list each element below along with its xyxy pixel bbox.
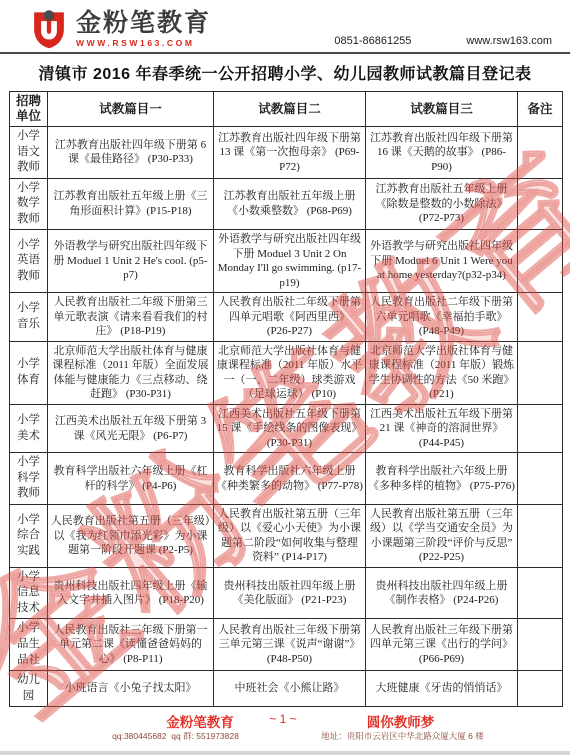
qq-group-number: qq 群: 551973828 — [171, 731, 239, 741]
table-row: 幼儿园 小班语言《小兔子找太阳》 中班社会《小熊让路》 大班健康《牙齿的悄悄话》 — [10, 671, 563, 707]
brand-text-block: 金粉笔教育 WWW.RSW163.COM — [76, 10, 211, 47]
column-header-topic1: 试教篇目一 — [48, 92, 214, 127]
note-cell — [518, 127, 563, 179]
table-row: 小学数学教师 江苏教育出版社五年级上册《三角形面积计算》(P15-P18) 江苏… — [10, 178, 563, 230]
unit-cell: 小学语文教师 — [10, 127, 48, 179]
topic1-cell: 江苏教育出版社四年级下册第 6 课《最佳路径》 (P30-P33) — [48, 127, 214, 179]
footer-brand: 金粉笔教育 — [140, 711, 260, 731]
topic1-cell: 人民教育出版社三年级下册第一单元第二课《读懂爸爸妈妈的心》 (P8-P11) — [48, 619, 214, 671]
note-cell — [518, 504, 563, 567]
topic3-cell: 教育科学出版社六年级上册《多种多样的植物》 (P75-P76) — [366, 453, 518, 505]
topic3-cell: 大班健康《牙齿的悄悄话》 — [366, 671, 518, 707]
topic1-cell: 北京师范大学出版社体育与健康课程标准（2011 年版）全面发展体能与健康能力《三… — [48, 341, 214, 404]
topic1-cell: 教育科学出版社六年级上册《杠杆的科学》 (P4-P6) — [48, 453, 214, 505]
unit-cell: 小学信息技术 — [10, 567, 48, 619]
unit-cell: 小学科学教师 — [10, 453, 48, 505]
page-footer: 金粉笔教育 ~ 1 ~ 圆你教师梦 qq:380445682 qq 群: 551… — [0, 709, 570, 749]
page-number: ~ 1 ~ — [252, 712, 314, 726]
topic3-cell: 贵州科技出版社四年级上册《制作表格》 (P24-P26) — [366, 567, 518, 619]
topic3-cell: 北京师范大学出版社体育与健康课程标准（2011 年版）锻炼学生协调性的方法《50… — [366, 341, 518, 404]
topic2-cell: 北京师范大学出版社体育与健康课程标准（2011 年版）水平一（一、二年级）球类游… — [214, 341, 366, 404]
table-row: 小学品生品社 人民教育出版社三年级下册第一单元第二课《读懂爸爸妈妈的心》 (P8… — [10, 619, 563, 671]
topic3-cell: 江苏教育出版社四年级下册第 16 课《天鹅的故事》 (P86-P90) — [366, 127, 518, 179]
footer-qq-info: qq:380445682 qq 群: 551973828 — [88, 730, 263, 742]
topic1-cell: 小班语言《小兔子找太阳》 — [48, 671, 214, 707]
unit-cell: 小学英语教师 — [10, 230, 48, 293]
page-title: 清镇市 2016 年春季统一公开招聘小学、幼儿园教师试教篇目登记表 — [0, 61, 570, 84]
topic2-cell: 江西美术出版社五年级下册第 15 课《手绘线条的图像表现》 (P30-P31) — [214, 404, 366, 453]
topic3-cell: 江西美术出版社五年级下册第 21 课《神奇的溶洞世界》 (P44-P45) — [366, 404, 518, 453]
topic3-cell: 人民教育出版社第五册（三年级）以《学当交通安全员》为小课题第三阶段“评价与反思”… — [366, 504, 518, 567]
topic1-cell: 江苏教育出版社五年级上册《三角形面积计算》(P15-P18) — [48, 178, 214, 230]
topic1-cell: 江西美术出版社五年级下册第 3 课《风光无限》 (P6-P7) — [48, 404, 214, 453]
topic2-cell: 江苏教育出版社五年级上册《小数乘整数》 (P68-P69) — [214, 178, 366, 230]
table-row: 小学语文教师 江苏教育出版社四年级下册第 6 课《最佳路径》 (P30-P33)… — [10, 127, 563, 179]
header-divider — [0, 52, 570, 54]
table-row: 小学美术 江西美术出版社五年级下册第 3 课《风光无限》 (P6-P7) 江西美… — [10, 404, 563, 453]
note-cell — [518, 567, 563, 619]
topic3-cell: 外语教学与研究出版社四年级下册 Moduel 6 Unit 1 Were you… — [366, 230, 518, 293]
footer-address: 地址：贵阳市云岩区中华北路众厦大厦 6 楼 — [310, 730, 495, 742]
topic2-cell: 外语教学与研究出版社四年级下册 Moduel 3 Unit 2 On Monda… — [214, 230, 366, 293]
column-header-topic3: 试教篇目三 — [366, 92, 518, 127]
topic1-cell: 贵州科技出版社四年级上册《输入文字并插入图片》 (P18-P20) — [48, 567, 214, 619]
column-header-topic2: 试教篇目二 — [214, 92, 366, 127]
note-cell — [518, 404, 563, 453]
unit-cell: 幼儿园 — [10, 671, 48, 707]
scan-edge-strip — [0, 751, 570, 755]
page-header: 金粉笔教育 WWW.RSW163.COM 0851-86861255 www.r… — [0, 0, 570, 50]
note-cell — [518, 671, 563, 707]
note-cell — [518, 453, 563, 505]
note-cell — [518, 293, 563, 342]
note-cell — [518, 178, 563, 230]
topic3-cell: 人民教育出版社二年级下册第六单元唱歌《幸福拍手歌》 (P48-P49) — [366, 293, 518, 342]
topic2-cell: 人民教育出版社三年级下册第三单元第三课《说声“谢谢”》 (P48-P50) — [214, 619, 366, 671]
topic2-cell: 中班社会《小熊让路》 — [214, 671, 366, 707]
unit-cell: 小学音乐 — [10, 293, 48, 342]
table-row: 小学体育 北京师范大学出版社体育与健康课程标准（2011 年版）全面发展体能与健… — [10, 341, 563, 404]
table-header-row: 招聘单位 试教篇目一 试教篇目二 试教篇目三 备注 — [10, 92, 563, 127]
contact-info: 0851-86861255 www.rsw163.com — [334, 35, 560, 50]
topic1-cell: 人民教育出版社二年级下册第三单元歌表演《请来看看我们的村庄》 (P18-P19) — [48, 293, 214, 342]
table-row: 小学信息技术 贵州科技出版社四年级上册《输入文字并插入图片》 (P18-P20)… — [10, 567, 563, 619]
document-page: 金粉笔教育 金粉笔教育 WWW.RSW163.COM 0851-86861255… — [0, 0, 570, 755]
brand-url: WWW.RSW163.COM — [76, 38, 211, 48]
topic2-cell: 教育科学出版社六年级上册《种类繁多的动物》 (P77-P78) — [214, 453, 366, 505]
footer-slogan: 圆你教师梦 — [338, 711, 463, 731]
table-row: 小学综合实践 人民教育出版社第五册（三年级）以《我为红领巾添光彩》为小课题第一阶… — [10, 504, 563, 567]
unit-cell: 小学综合实践 — [10, 504, 48, 567]
topic2-cell: 江苏教育出版社四年级下册第 13 课《第一次抱母亲》 (P69-P72) — [214, 127, 366, 179]
note-cell — [518, 230, 563, 293]
column-header-note: 备注 — [518, 92, 563, 127]
brand-logo: 金粉笔教育 WWW.RSW163.COM — [28, 8, 211, 50]
unit-cell: 小学体育 — [10, 341, 48, 404]
unit-cell: 小学美术 — [10, 404, 48, 453]
topic3-cell: 人民教育出版社三年级下册第四单元第三课《出行的学问》 (P66-P69) — [366, 619, 518, 671]
topic2-cell: 贵州科技出版社四年级上册《美化版面》 (P21-P23) — [214, 567, 366, 619]
note-cell — [518, 619, 563, 671]
topic2-cell: 人民教育出版社第五册（三年级）以《爱心小天使》为小课题第二阶段“如何收集与整理资… — [214, 504, 366, 567]
note-cell — [518, 341, 563, 404]
topic1-cell: 人民教育出版社第五册（三年级）以《我为红领巾添光彩》为小课题第一阶段开题课 (P… — [48, 504, 214, 567]
table-row: 小学音乐 人民教育出版社二年级下册第三单元歌表演《请来看看我们的村庄》 (P18… — [10, 293, 563, 342]
table-row: 小学科学教师 教育科学出版社六年级上册《杠杆的科学》 (P4-P6) 教育科学出… — [10, 453, 563, 505]
topic1-cell: 外语教学与研究出版社四年级下册 Moduel 1 Unit 2 He's coo… — [48, 230, 214, 293]
brand-logo-icon — [28, 8, 70, 50]
brand-name: 金粉笔教育 — [76, 10, 211, 36]
unit-cell: 小学数学教师 — [10, 178, 48, 230]
website-url: www.rsw163.com — [466, 35, 552, 47]
topic2-cell: 人民教育出版社二年级下册第四单元唱歌《阿西里西》 (P26-P27) — [214, 293, 366, 342]
table-row: 小学英语教师 外语教学与研究出版社四年级下册 Moduel 1 Unit 2 H… — [10, 230, 563, 293]
phone-number: 0851-86861255 — [334, 35, 411, 47]
unit-cell: 小学品生品社 — [10, 619, 48, 671]
trial-teaching-topics-table: 招聘单位 试教篇目一 试教篇目二 试教篇目三 备注 小学语文教师 江苏教育出版社… — [9, 91, 563, 707]
column-header-unit: 招聘单位 — [10, 92, 48, 127]
qq-number: qq:380445682 — [112, 731, 166, 741]
topic3-cell: 江苏教育出版社五年级上册《除数是整数的小数除法》 (P72-P73) — [366, 178, 518, 230]
